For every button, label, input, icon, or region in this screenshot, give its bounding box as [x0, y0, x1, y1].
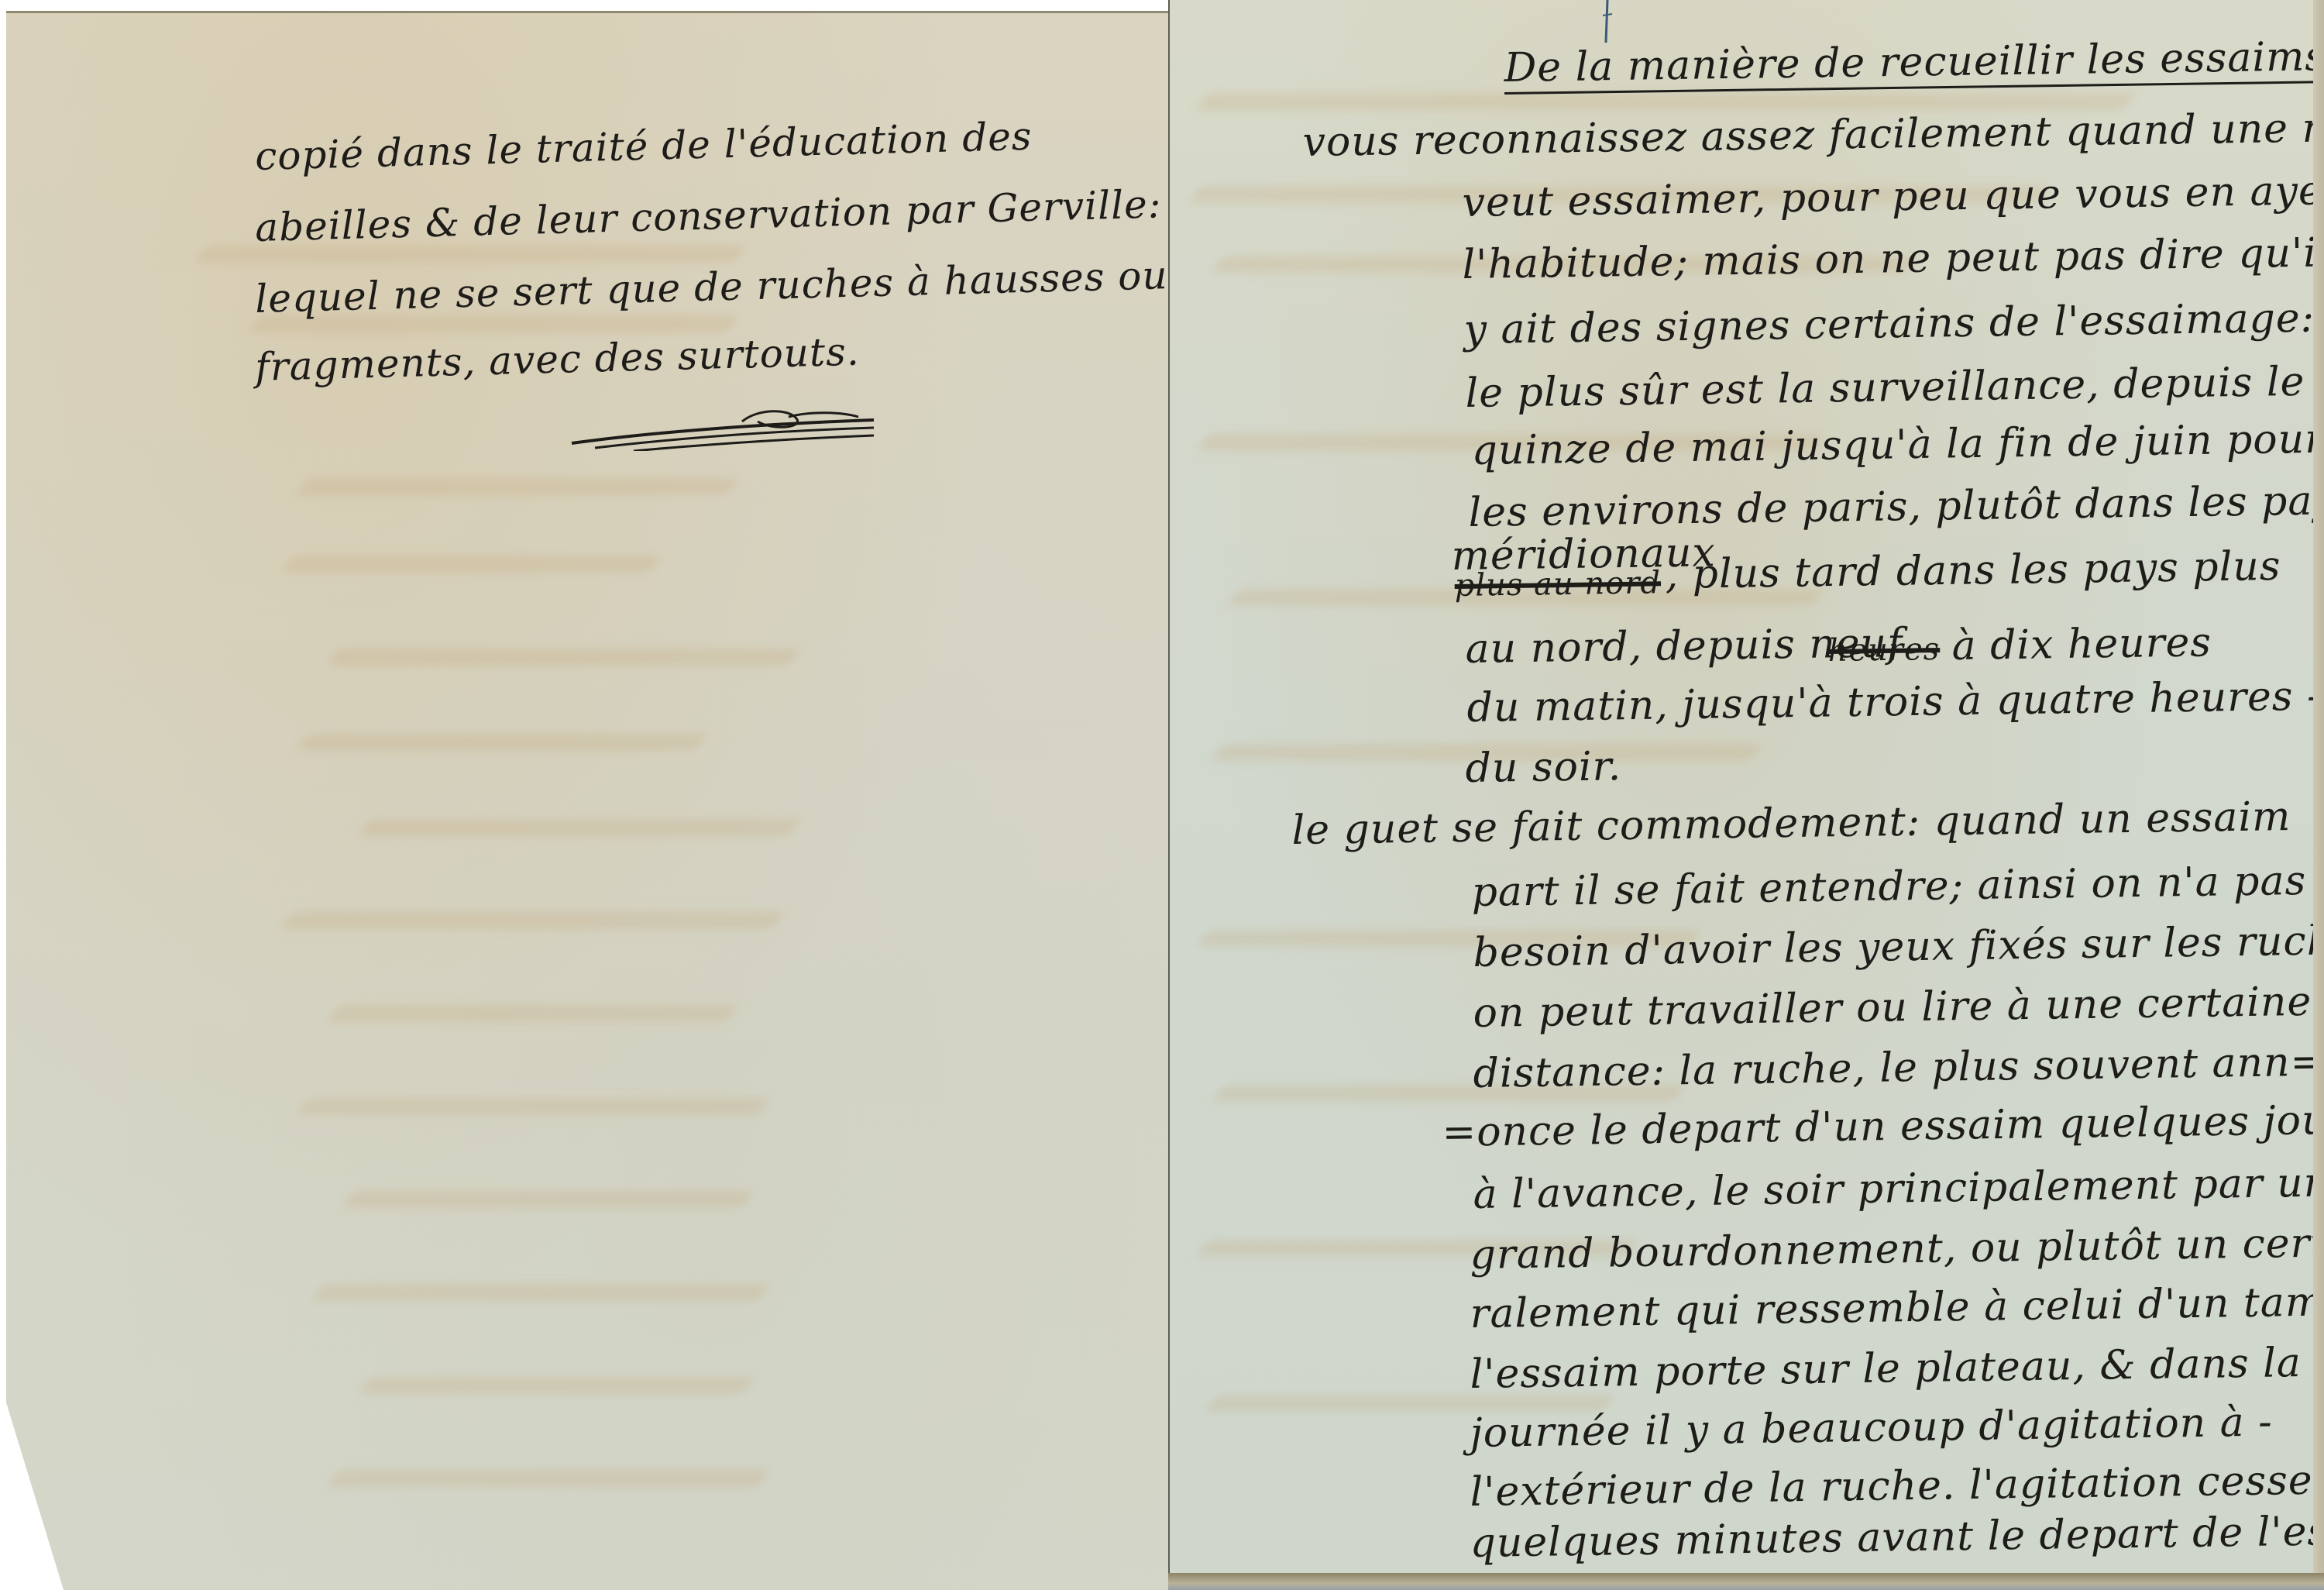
- bleed-through: [358, 1377, 755, 1394]
- bleed-through: [280, 556, 662, 573]
- manuscript-line: abeilles & de leur conservation par Gerv…: [255, 184, 1162, 247]
- manuscript-line: lequel ne se sert que de ruches à hausse…: [255, 255, 1168, 318]
- manuscript-line: on peut travailler ou lire à une certain…: [1473, 982, 2312, 1034]
- bleed-through: [1196, 93, 2136, 110]
- bleed-through: [296, 734, 709, 751]
- next-page-edge: [2313, 0, 2324, 1581]
- manuscript-line: copié dans le traité de l'éducation des: [255, 117, 1033, 176]
- manuscript-line: quinze de mai jusqu'à la fin de juin pou…: [1471, 419, 2315, 471]
- manuscript-line: distance: la ruche, le plus souvent ann=: [1473, 1042, 2315, 1094]
- manuscript-line: , plus tard dans les pays plus: [1665, 546, 2281, 595]
- manuscript-line: y ait des signes certains de l'essaimage…: [1463, 298, 2315, 350]
- manuscript-line: part il se fait entendre; ainsi on n'a p…: [1471, 861, 2306, 913]
- manuscript-line: à l'avance, le soir principalement par u…: [1473, 1162, 2315, 1215]
- folio-pencil-mark-icon: [1601, 0, 1614, 46]
- manuscript-line: les environs de paris, plutôt dans les p…: [1468, 480, 2315, 533]
- manuscript-line: le plus sûr est la surveillance, depuis …: [1465, 362, 2305, 414]
- manuscript-line: à dix heures: [1951, 622, 2212, 666]
- manuscript-line: besoin d'avoir les yeux fixés sur les ru…: [1473, 920, 2315, 973]
- binding-bottom-edge: [1168, 1573, 2324, 1590]
- bleed-through: [296, 1098, 771, 1115]
- bleed-through: [342, 1191, 755, 1208]
- manuscript-line: l'habitude; mais on ne peut pas dire qu'…: [1462, 232, 2315, 285]
- bleed-through: [358, 819, 802, 836]
- manuscript-line: fragments, avec des surtouts.: [255, 332, 861, 387]
- manuscript-line: du matin, jusqu'à trois à quatre heures …: [1466, 676, 2315, 728]
- manuscript-line: le guet se fait commodement: quand un es…: [1291, 797, 2291, 851]
- manuscript-line: grand bourdonnement, ou plutôt un certai…: [1470, 1222, 2315, 1275]
- struck-text: heures: [1827, 634, 1940, 666]
- manuscript-line: du soir.: [1465, 746, 1621, 789]
- manuscript-line: vous reconnaissez assez facilement quand…: [1302, 107, 2315, 163]
- page-title: De la manière de recueillir les essaims.: [1504, 36, 2315, 88]
- bleed-through: [311, 1284, 771, 1301]
- left-page: copié dans le traité de l'éducation des …: [6, 11, 1168, 1590]
- manuscript-line: ralement qui ressemble à celui d'un tamb…: [1470, 1281, 2315, 1334]
- bleed-through: [296, 478, 740, 495]
- manuscript-line: veut essaimer, pour peu que vous en ayez: [1462, 170, 2315, 223]
- bleed-through: [280, 912, 786, 929]
- bleed-through: [327, 1005, 740, 1022]
- signature-flourish-icon: [564, 404, 882, 451]
- bleed-through: [327, 1470, 771, 1487]
- manuscript-line: =once le depart d'un essaim quelques jou…: [1442, 1100, 2315, 1153]
- struck-text: plus au nord: [1454, 567, 1661, 601]
- right-page: De la manière de recueillir les essaims.…: [1168, 0, 2315, 1573]
- manuscript-spread: copié dans le traité de l'éducation des …: [0, 0, 2324, 1590]
- manuscript-line: l'extérieur de la ruche. l'agitation ces…: [1470, 1461, 2313, 1513]
- manuscript-line: journée il y a beaucoup d'agitation à -: [1470, 1402, 2273, 1454]
- manuscript-line: quelques minutes avant le depart de l'es…: [1470, 1510, 2315, 1564]
- manuscript-line: l'essaim porte sur le plateau, & dans la…: [1470, 1343, 2315, 1395]
- bleed-through: [327, 649, 802, 666]
